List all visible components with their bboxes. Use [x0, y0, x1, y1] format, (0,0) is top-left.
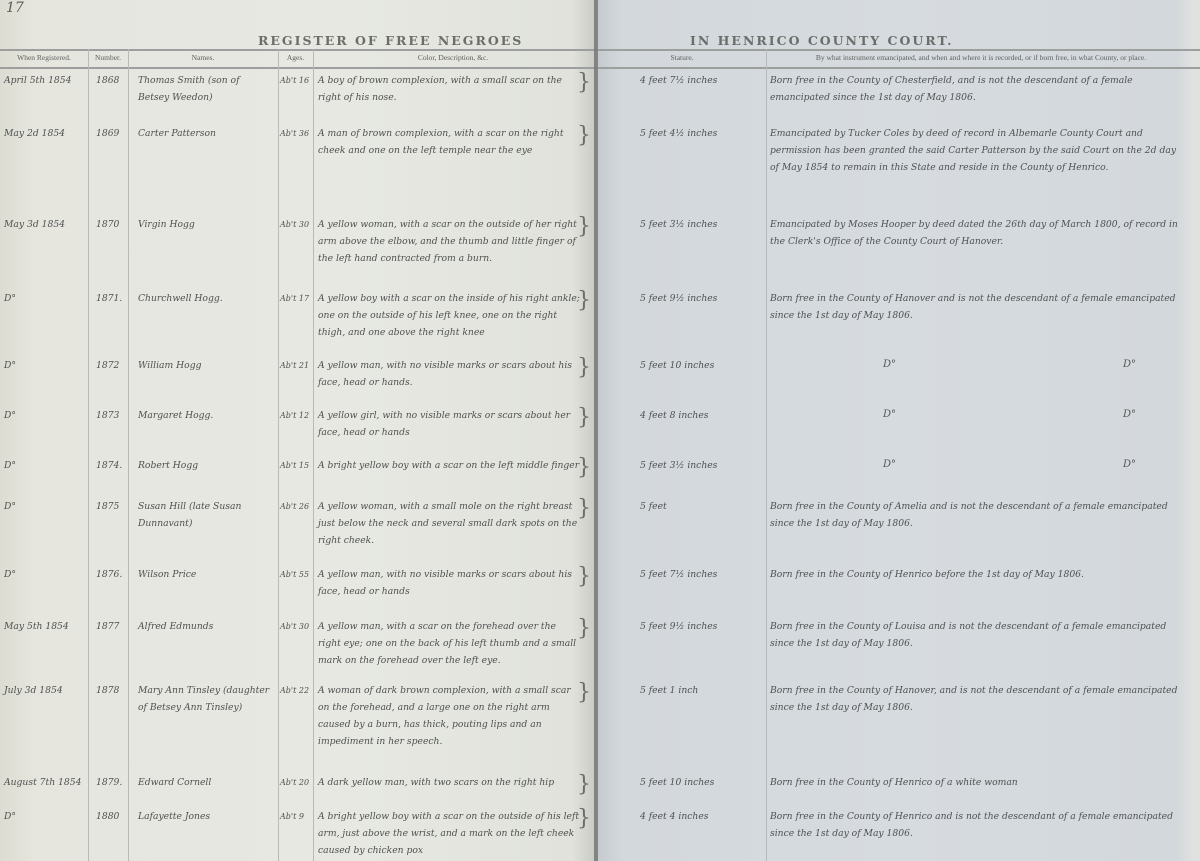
entry-instrument: Born free in the County of Hanover and i…: [770, 290, 1185, 324]
entry-number: 1877: [96, 618, 128, 635]
column-divider: [128, 49, 129, 861]
entry-description: A dark yellow man, with two scars on the…: [318, 774, 580, 791]
entry-instrument: Born free in the County of Louisa and is…: [770, 618, 1185, 652]
entry-name: Alfred Edmunds: [138, 618, 273, 635]
header-description: Color, Description, &c.: [313, 53, 593, 62]
entry-date: D°: [4, 808, 88, 825]
entry-description: A yellow girl, with no visible marks or …: [318, 407, 580, 441]
entry-description: A yellow woman, with a small mole on the…: [318, 498, 580, 549]
brace-mark: }: [577, 682, 591, 704]
entry-age: Ab't 26: [280, 498, 313, 515]
entry-stature: 4 feet 8 inches: [640, 407, 764, 424]
entry-instrument-ditto: D°: [883, 459, 896, 470]
brace-mark: }: [577, 618, 591, 640]
entry-name: Edward Cornell: [138, 774, 273, 791]
entry-instrument: Born free in the County of Henrico and i…: [770, 808, 1185, 842]
entry-description: A man of brown complexion, with a scar o…: [318, 125, 580, 159]
entry-date: May 2d 1854: [4, 125, 88, 142]
entry-instrument: Born free in the County of Hanover, and …: [770, 682, 1185, 716]
header-rule-bottom: [0, 67, 596, 69]
entry-stature: 4 feet 7½ inches: [640, 72, 764, 89]
entry-stature: 4 feet 4 inches: [640, 808, 764, 825]
entry-description: A woman of dark brown complexion, with a…: [318, 682, 580, 750]
entry-date: August 7th 1854: [4, 774, 88, 791]
entry-stature: 5 feet 7½ inches: [640, 566, 764, 583]
entry-age: Ab't 12: [280, 407, 313, 424]
brace-mark: }: [577, 125, 591, 147]
entry-name: Churchwell Hogg.: [138, 290, 273, 307]
entry-number: 1869: [96, 125, 128, 142]
entry-date: D°: [4, 357, 88, 374]
entry-stature: 5 feet 3½ inches: [640, 216, 764, 233]
entry-name: Virgin Hogg: [138, 216, 273, 233]
entry-instrument-ditto: D°: [1123, 459, 1136, 470]
entry-number: 1872: [96, 357, 128, 374]
header-names: Names.: [128, 53, 278, 62]
brace-mark: }: [577, 407, 591, 429]
column-divider: [88, 49, 89, 861]
left-page-title: Register of Free Negroes: [258, 33, 523, 48]
entry-number: 1875: [96, 498, 128, 515]
entry-age: Ab't 9: [280, 808, 313, 825]
left-page: 17 Register of Free Negroes When Registe…: [0, 0, 596, 861]
entry-instrument: Born free in the County of Chesterfield,…: [770, 72, 1185, 106]
brace-mark: }: [577, 498, 591, 520]
entry-name: Mary Ann Tinsley (daughter of Betsey Ann…: [138, 682, 273, 716]
entry-name: Robert Hogg: [138, 457, 273, 474]
entry-instrument-ditto: D°: [883, 409, 896, 420]
entry-name: William Hogg: [138, 357, 273, 374]
entry-number: 1879.: [96, 774, 128, 791]
entry-instrument: Emancipated by Moses Hooper by deed date…: [770, 216, 1185, 250]
brace-mark: }: [577, 290, 591, 312]
entry-description: A yellow woman, with a scar on the outsi…: [318, 216, 580, 267]
entry-age: Ab't 30: [280, 618, 313, 635]
entry-date: May 3d 1854: [4, 216, 88, 233]
entry-age: Ab't 30: [280, 216, 313, 233]
entry-age: Ab't 16: [280, 72, 313, 89]
entry-description: A yellow man, with no visible marks or s…: [318, 566, 580, 600]
entry-instrument-ditto: D°: [1123, 409, 1136, 420]
entry-age: Ab't 15: [280, 457, 313, 474]
entry-stature: 5 feet 4½ inches: [640, 125, 764, 142]
entry-description: A yellow boy with a scar on the inside o…: [318, 290, 580, 341]
entry-stature: 5 feet 10 inches: [640, 357, 764, 374]
entry-instrument: Born free in the County of Henrico befor…: [770, 566, 1185, 583]
entry-name: Thomas Smith (son of Betsey Weedon): [138, 72, 273, 106]
entry-number: 1878: [96, 682, 128, 699]
column-divider: [766, 49, 767, 861]
entry-date: D°: [4, 407, 88, 424]
entry-date: April 5th 1854: [4, 72, 88, 89]
brace-mark: }: [577, 72, 591, 94]
entry-name: Susan Hill (late Susan Dunnavant): [138, 498, 273, 532]
entry-number: 1873: [96, 407, 128, 424]
entry-number: 1870: [96, 216, 128, 233]
header-number: Number.: [88, 53, 128, 62]
entry-number: 1871.: [96, 290, 128, 307]
entry-instrument: Born free in the County of Amelia and is…: [770, 498, 1185, 532]
entry-stature: 5 feet 1 inch: [640, 682, 764, 699]
entry-date: D°: [4, 498, 88, 515]
entry-stature: 5 feet 9½ inches: [640, 290, 764, 307]
right-page-title: In Henrico County Court.: [690, 33, 954, 48]
header-rule-top: [0, 49, 596, 51]
entry-number: 1876.: [96, 566, 128, 583]
header-ages: Ages.: [278, 53, 313, 62]
entry-name: Wilson Price: [138, 566, 273, 583]
entry-number: 1880: [96, 808, 128, 825]
header-stature: Stature.: [598, 53, 766, 62]
entry-date: July 3d 1854: [4, 682, 88, 699]
entry-description: A yellow man, with no visible marks or s…: [318, 357, 580, 391]
entry-name: Margaret Hogg.: [138, 407, 273, 424]
entry-age: Ab't 17: [280, 290, 313, 307]
brace-mark: }: [577, 216, 591, 238]
brace-mark: }: [577, 808, 591, 830]
entry-name: Carter Patterson: [138, 125, 273, 142]
entry-date: May 5th 1854: [4, 618, 88, 635]
brace-mark: }: [577, 774, 591, 796]
entry-instrument: Born free in the County of Henrico of a …: [770, 774, 1185, 791]
entry-description: A yellow man, with a scar on the forehea…: [318, 618, 580, 669]
entry-description: A bright yellow boy with a scar on the l…: [318, 457, 580, 474]
entry-instrument: Emancipated by Tucker Coles by deed of r…: [770, 125, 1185, 176]
header-rule-top: [598, 49, 1200, 51]
header-rule-bottom: [598, 67, 1200, 69]
entry-stature: 5 feet 3½ inches: [640, 457, 764, 474]
brace-mark: }: [577, 566, 591, 588]
entry-date: D°: [4, 290, 88, 307]
entry-name: Lafayette Jones: [138, 808, 273, 825]
header-instrument: By what instrument emancipated, and when…: [766, 53, 1196, 62]
entry-date: D°: [4, 457, 88, 474]
entry-instrument-ditto: D°: [1123, 359, 1136, 370]
entry-stature: 5 feet: [640, 498, 764, 515]
brace-mark: }: [577, 457, 591, 479]
entry-instrument-ditto: D°: [883, 359, 896, 370]
right-page: In Henrico County Court. Stature. By wha…: [598, 0, 1200, 861]
folio-number: 17: [6, 0, 24, 16]
entry-description: A boy of brown complexion, with a small …: [318, 72, 580, 106]
entry-age: Ab't 22: [280, 682, 313, 699]
entry-stature: 5 feet 9½ inches: [640, 618, 764, 635]
column-divider: [278, 49, 279, 861]
entry-age: Ab't 20: [280, 774, 313, 791]
brace-mark: }: [577, 357, 591, 379]
entry-description: A bright yellow boy with a scar on the o…: [318, 808, 580, 859]
entry-stature: 5 feet 10 inches: [640, 774, 764, 791]
entry-number: 1874.: [96, 457, 128, 474]
entry-age: Ab't 36: [280, 125, 313, 142]
entry-age: Ab't 55: [280, 566, 313, 583]
entry-age: Ab't 21: [280, 357, 313, 374]
header-when-registered: When Registered.: [0, 53, 88, 62]
entry-date: D°: [4, 566, 88, 583]
column-divider: [313, 49, 314, 861]
entry-number: 1868: [96, 72, 128, 89]
